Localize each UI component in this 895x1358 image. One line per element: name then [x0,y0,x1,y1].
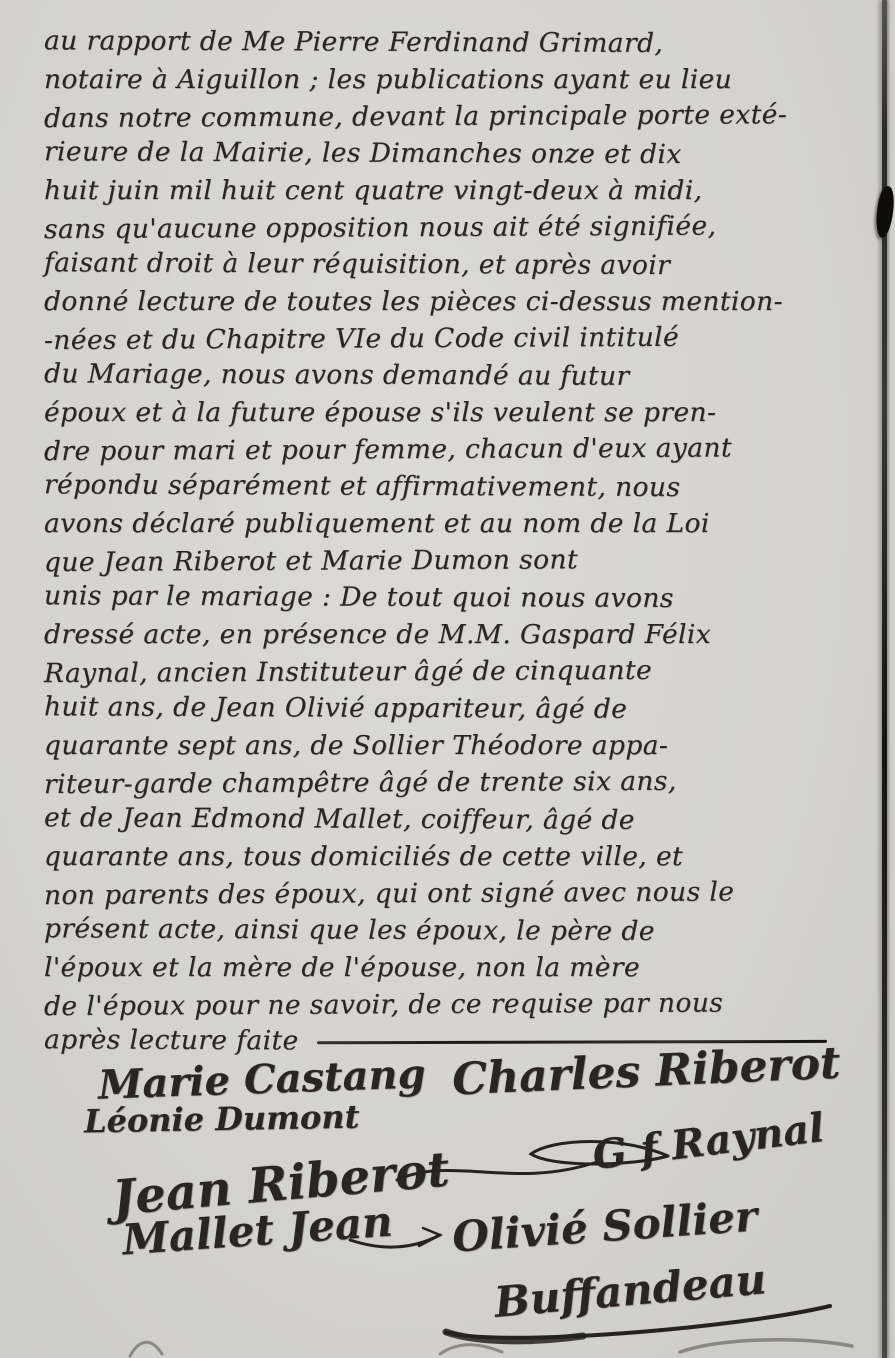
manuscript-line: de l'époux pour ne savoir, de ce requise… [44,984,833,1025]
manuscript-line: époux et à la future épouse s'ils veulen… [44,394,833,431]
manuscript-line: et de Jean Edmond Mallet, coiffeur, âgé … [44,799,833,839]
manuscript-line: dre pour mari et pour femme, chacun d'eu… [44,429,833,470]
partial-next-line-strokes [120,1336,860,1358]
closing-text: après lecture faite [44,1021,299,1059]
manuscript-line: Raynal, ancien Instituteur âgé de cinqua… [44,651,833,692]
manuscript-line: huit juin mil huit cent quatre vingt-deu… [44,172,833,209]
manuscript-line: -nées et du Chapitre VIe du Code civil i… [44,318,833,359]
manuscript-line: dans notre commune, devant la principale… [44,96,833,137]
binding-ink-blob [874,185,895,238]
manuscript-line: huit ans, de Jean Olivié appariteur, âgé… [44,688,833,728]
manuscript-line: faisant droit à leur réquisition, et apr… [44,244,833,284]
manuscript-line: unis par le mariage : De tout quoi nous … [44,577,833,617]
manuscript-line: l'époux et la mère de l'épouse, non la m… [44,949,833,986]
manuscript-line: non parents des époux, qui ont signé ave… [44,873,833,914]
manuscript-line: que Jean Riberot et Marie Dumon sont [44,540,833,581]
manuscript-line: présent acte, ainsi que les époux, le pè… [44,910,833,950]
manuscript-line: au rapport de Me Pierre Ferdinand Grimar… [44,22,833,62]
manuscript-line: quarante sept ans, de Sollier Théodore a… [44,727,833,764]
manuscript-line: rieure de la Mairie, les Dimanches onze … [44,133,833,173]
signature-leonie-dumont: Léonie Dumont [84,1098,360,1141]
manuscript-line: quarante ans, tous domiciliés de cette v… [44,838,833,875]
manuscript-line: avons déclaré publiquement et au nom de … [44,505,833,542]
signature-olivie-sollier: Olivié Sollier [451,1191,759,1261]
manuscript-line: sans qu'aucune opposition nous ait été s… [44,207,833,248]
marriage-act-text: au rapport de Me Pierre Ferdinand Grimar… [44,24,833,1060]
manuscript-line: du Mariage, nous avons demandé au futur [44,355,833,395]
manuscript-line: dressé acte, en présence de M.M. Gaspard… [44,616,833,653]
manuscript-page: au rapport de Me Pierre Ferdinand Grimar… [0,0,895,1358]
jean-riberot-flourish [392,1150,602,1192]
mallet-flourish [345,1224,445,1254]
manuscript-line: répondu séparément et affirmativement, n… [44,466,833,506]
manuscript-line: notaire à Aiguillon ; les publications a… [44,61,833,98]
manuscript-line: donné lecture de toutes les pièces ci-de… [44,283,833,320]
manuscript-line: riteur-garde champêtre âgé de trente six… [44,762,833,803]
